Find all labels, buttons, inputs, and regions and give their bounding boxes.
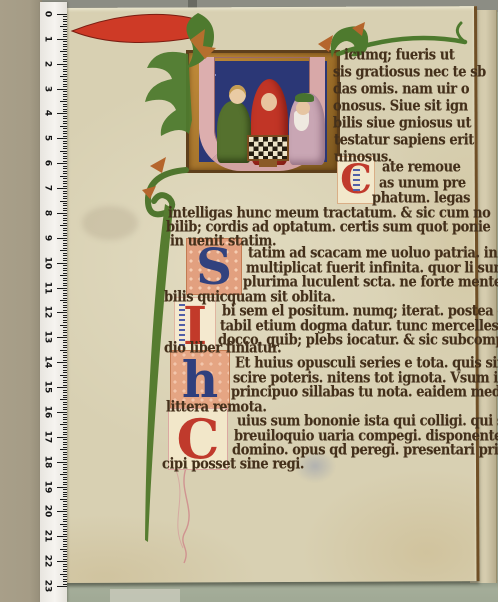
ruler-tick [63,44,68,45]
ruler-tick [63,347,68,348]
ruler-tick [63,496,68,497]
left-surface [0,0,42,602]
ruler-tick [63,454,68,455]
ruler-tick [63,330,68,331]
ruler-tick [63,54,68,55]
ruler-tick [63,278,68,279]
ruler-number: 13 [43,330,53,345]
ruler-tick [63,260,68,261]
ruler-tick [60,151,67,152]
ruler-number: 15 [43,380,53,395]
ruler-tick [57,312,67,313]
ruler-tick [63,541,68,542]
backdrop-bottom-highlight [110,589,180,602]
ruler-tick [63,482,68,483]
ruler-tick [63,492,68,493]
ruler-tick [63,268,68,269]
ruler-tick [63,390,68,391]
ruler-tick [63,372,68,373]
ruler-tick [63,56,68,57]
ruler-tick [63,544,68,545]
ruler-number: 19 [43,479,53,494]
ruler-tick [63,514,68,515]
ruler-tick [63,205,68,206]
ruler-tick [57,487,67,488]
ruler-tick [63,531,68,532]
ruler-tick [60,26,67,27]
ruler-tick [57,561,67,562]
ruler-tick [63,66,68,67]
ruler-tick [63,332,68,333]
ruler-tick [63,181,68,182]
ruler-number: 22 [43,554,53,569]
ruler-tick [63,215,68,216]
ruler-tick [57,238,67,239]
ruler-tick [63,579,68,580]
ruler-tick [63,29,68,30]
ruler-tick [60,524,67,525]
ruler-tick [63,91,68,92]
ruler-tick [57,14,67,15]
ruler-number: 7 [43,181,53,196]
ruler-tick [63,128,68,129]
ruler-tick [63,571,68,572]
ruler-tick [63,317,68,318]
ruler-tick [63,501,68,502]
ruler-tick [63,427,68,428]
ruler-tick [63,302,68,303]
ruler-tick [60,399,67,400]
ruler-tick [57,511,67,512]
ruler-tick [63,233,68,234]
ruler-tick [63,377,68,378]
ink-showthrough [82,206,138,240]
ruler-tick [63,335,68,336]
ruler-tick [63,569,68,570]
ruler-number: 14 [43,355,53,370]
ruler-tick [60,325,67,326]
ruler-tick [57,387,67,388]
ruler-tick [63,235,68,236]
ruler-tick [63,298,68,299]
figure-man-green-robe [217,101,251,163]
ruler-tick [63,69,68,70]
ruler-tick [63,131,68,132]
ruler-tick [60,424,67,425]
ruler-tick [63,49,68,50]
ruler-tick [63,203,68,204]
ruler-tick [63,422,68,423]
ruler-tick [63,198,68,199]
ruler-tick [60,275,67,276]
ruler-tick [63,71,68,72]
ruler-number: 18 [43,454,53,469]
ruler-tick [63,551,68,552]
ruler-tick [63,370,68,371]
ruler-tick [63,94,68,95]
ruler-tick [57,163,67,164]
ruler-tick [63,315,68,316]
ruler-tick [63,459,68,460]
ruler-tick [63,295,68,296]
ruler-tick [63,24,68,25]
ruler-tick [63,417,68,418]
ruler-tick [63,340,68,341]
ruler-tick [63,136,68,137]
chessboard [247,135,289,161]
initial-letter: h [182,355,218,405]
ruler-tick [57,412,67,413]
ruler-tick [60,350,67,351]
ruler-tick [57,536,67,537]
ruler-tick [63,84,68,85]
text-line: ate remoue [382,159,461,176]
illuminated-initial-miniature [186,50,340,173]
ruler-tick [57,337,67,338]
ruler-number: 23 [43,579,53,594]
ruler-tick [63,564,68,565]
ruler-tick [63,178,68,179]
ruler-tick [63,566,68,567]
ruler-number: 8 [43,205,53,220]
ruler-tick [57,89,67,90]
ruler-tick [57,213,67,214]
ruler-tick [63,442,68,443]
ruler-tick [63,19,68,20]
ruler-tick [63,228,68,229]
ruler-tick [63,74,68,75]
ruler-tick [63,429,68,430]
ruler-tick [63,210,68,211]
ruler-tick [63,382,68,383]
ruler-tick [60,225,67,226]
ruler-number: 0 [43,7,53,22]
ruler-tick [57,362,67,363]
ruler-tick [60,76,67,77]
ruler-tick [63,367,68,368]
ruler-tick [63,168,68,169]
ruler-tick [60,101,67,102]
ruler-tick [63,285,68,286]
ruler-tick [63,539,68,540]
chessboard-stand [259,159,277,167]
ruler-tick [63,469,68,470]
ruler-tick [63,280,68,281]
ruler-tick [63,526,68,527]
ruler-number: 12 [43,305,53,320]
ruler-tick [63,472,68,473]
ruler-number: 5 [43,131,53,146]
ruler-tick [63,240,68,241]
ruler-tick [63,118,68,119]
ruler-tick [60,574,67,575]
ruler-tick [63,320,68,321]
ruler-tick [63,432,68,433]
ruler-tick [63,258,68,259]
ruler-tick [63,21,68,22]
ruler-tick [63,584,68,585]
ruler-tick [63,31,68,32]
ruler-tick [63,173,68,174]
elder-face [296,101,310,115]
ruler-tick [63,161,68,162]
ruler-tick [57,39,67,40]
ruler-tick [63,133,68,134]
ruler-tick [63,457,68,458]
ruler-tick [63,357,68,358]
ruler-tick [63,41,68,42]
elder-green-hat [295,93,314,102]
ruler-tick [63,148,68,149]
ruler-tick [63,434,68,435]
ruler-tick [60,201,67,202]
ruler-tick [63,218,68,219]
ruler-tick [60,176,67,177]
ruler-tick [60,51,67,52]
ruler-number: 10 [43,255,53,270]
ruler-tick [63,581,68,582]
ruler-tick [63,546,68,547]
ruler-tick [60,499,67,500]
ruler-tick [63,265,68,266]
ruler-tick [63,191,68,192]
ruler-number: 9 [43,230,53,245]
ruler-tick [60,474,67,475]
ruler-tick [63,171,68,172]
ruler-tick [63,36,68,37]
ruler-tick [63,141,68,142]
ruler-tick [63,146,68,147]
ruler-tick [63,504,68,505]
ruler-tick [63,46,68,47]
ruler-tick [63,121,68,122]
text-line: principuo sillabas tu nota. eaidem media [231,384,498,401]
ruler-tick [63,290,68,291]
ruler-tick [63,414,68,415]
ruler-tick [63,342,68,343]
ruler-tick [63,467,68,468]
ruler-tick [63,253,68,254]
ruler-tick [63,556,68,557]
text-line: das omis. nam uir o [333,81,469,98]
ruler: 01234567891011121314151617181920212223 [40,2,67,602]
ruler-tick [63,397,68,398]
ruler-tick [63,407,68,408]
ruler-tick [63,59,68,60]
ruler-tick [57,64,67,65]
ruler-number: 20 [43,504,53,519]
ruler-tick [63,245,68,246]
ruler-tick [63,99,68,100]
ruler-tick [63,395,68,396]
ruler-tick [63,143,68,144]
ruler-tick [63,255,68,256]
ruler-tick [63,34,68,35]
text-line: sis gratiosus nec te sb [333,64,486,81]
ruler-tick [63,16,68,17]
ruler-tick [63,385,68,386]
ruler-tick [63,489,68,490]
ruler-tick [63,452,68,453]
ruler-tick [60,449,67,450]
ruler-tick [63,519,68,520]
ruler-tick [63,310,68,311]
ruler-tick [63,516,68,517]
ruler-tick [63,534,68,535]
ruler-tick [57,586,67,587]
ruler-tick [63,447,68,448]
ruler-tick [63,494,68,495]
ruler-number: 16 [43,404,53,419]
ruler-tick [63,153,68,154]
ruler-tick [63,243,68,244]
ruler-number: 17 [43,429,53,444]
ruler-tick [63,404,68,405]
ruler-tick [63,365,68,366]
ruler-tick [63,506,68,507]
ruler-tick [63,270,68,271]
ruler-tick [63,96,68,97]
ruler-tick [63,220,68,221]
ruler-tick [63,293,68,294]
ruler-tick [63,79,68,80]
ruler-tick [63,208,68,209]
ruler-tick [63,104,68,105]
text-line: cipi posset sine regi. [162,456,304,473]
ruler-tick [63,230,68,231]
ruler-tick [63,183,68,184]
ruler-tick [63,477,68,478]
ruler-tick [60,250,67,251]
figure-green-head [229,85,246,104]
ruler-tick [63,283,68,284]
ruler-tick [63,559,68,560]
ruler-tick [63,444,68,445]
ruler-tick [60,375,67,376]
ruler-tick [63,521,68,522]
ruler-tick [63,273,68,274]
text-line: testatur sapiens erit [334,132,474,149]
ruler-tick [63,327,68,328]
ruler-number: 21 [43,529,53,544]
ruler-tick [63,109,68,110]
text-line: onosus. Siue sit ign [333,98,468,115]
ruler-tick [63,223,68,224]
text-line: icumq; fueris ut [344,47,454,64]
ruler-tick [57,462,67,463]
ruler-tick [63,158,68,159]
ruler-tick [63,479,68,480]
ruler-number: 6 [43,156,53,171]
ruler-tick [63,509,68,510]
ruler-tick [63,166,68,167]
ruler-tick [63,345,68,346]
ruler-tick [63,156,68,157]
figure-red-face [261,93,277,111]
ruler-tick [63,484,68,485]
ruler-tick [63,322,68,323]
ruler-tick [63,360,68,361]
ruler-tick [63,193,68,194]
ruler-tick [63,380,68,381]
ruler-tick [63,123,68,124]
ruler-tick [63,186,68,187]
ruler-tick [63,116,68,117]
ruler-tick [63,111,68,112]
blue-filigree [353,169,360,191]
ruler-tick [57,188,67,189]
ruler-tick [63,355,68,356]
ruler-tick [63,81,68,82]
ruler-tick [57,288,67,289]
ruler-tick [57,138,67,139]
ruler-tick [63,554,68,555]
ruler-tick [63,86,68,87]
ruler-tick [63,248,68,249]
manuscript-photo-scene: C S I h C icumq; fueris ut sis gratiosus… [0,0,498,602]
ruler-tick [63,529,68,530]
ruler-tick [57,263,67,264]
ruler-tick [63,106,68,107]
ruler-tick [63,307,68,308]
ruler-tick [63,61,68,62]
ruler-tick [57,113,67,114]
ruler-number: 1 [43,31,53,46]
ruler-tick [63,464,68,465]
ruler-tick [63,392,68,393]
ruler-tick [60,549,67,550]
ruler-number: 4 [43,106,53,121]
ruler-tick [63,196,68,197]
ruler-number: 3 [43,81,53,96]
ruler-tick [60,300,67,301]
text-line: bilis siue gniosus ut [333,115,471,132]
ruler-tick [57,437,67,438]
ruler-number: 11 [43,280,53,295]
ruler-number: 2 [43,56,53,71]
ruler-tick [63,439,68,440]
ruler-tick [63,576,68,577]
ruler-tick [63,409,68,410]
ruler-tick [63,402,68,403]
ruler-tick [60,126,67,127]
ruler-tick [63,352,68,353]
ruler-tick [63,305,68,306]
ruler-tick [63,419,68,420]
